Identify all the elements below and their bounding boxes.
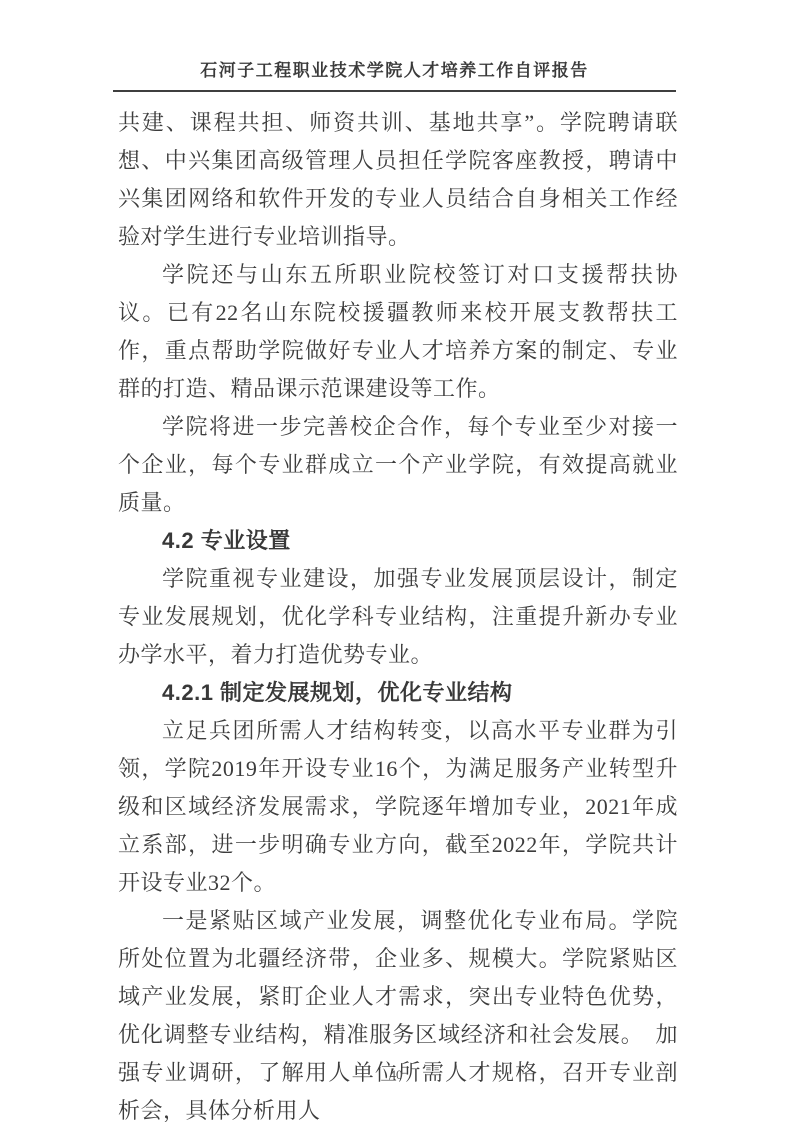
- document-content: 共建、课程共担、师资共训、基地共享”。学院聘请联想、中兴集团高级管理人员担任学院…: [118, 104, 678, 1122]
- paragraph: 一是紧贴区域产业发展，调整优化专业布局。学院所处位置为北疆经济带，企业多、规模大…: [118, 902, 678, 1122]
- section-heading-4-2: 4.2 专业设置: [118, 522, 678, 560]
- paragraph: 学院还与山东五所职业院校签订对口支援帮扶协议。已有22名山东院校援疆教师来校开展…: [118, 256, 678, 408]
- page-footer: 40: [0, 1066, 792, 1084]
- header-rule: [113, 90, 676, 92]
- header-title: 石河子工程职业技术学院人才培养工作自评报告: [113, 60, 676, 82]
- paragraph: 学院将进一步完善校企合作，每个专业至少对接一个企业，每个专业群成立一个产业学院，…: [118, 408, 678, 522]
- page-header: 石河子工程职业技术学院人才培养工作自评报告: [113, 60, 676, 92]
- paragraph-continuation: 共建、课程共担、师资共训、基地共享”。学院聘请联想、中兴集团高级管理人员担任学院…: [118, 104, 678, 256]
- paragraph: 学院重视专业建设，加强专业发展顶层设计，制定专业发展规划，优化学科专业结构，注重…: [118, 560, 678, 674]
- document-page: 石河子工程职业技术学院人才培养工作自评报告 共建、课程共担、师资共训、基地共享”…: [0, 0, 792, 1122]
- section-heading-4-2-1: 4.2.1 制定发展规划，优化专业结构: [118, 674, 678, 712]
- paragraph: 立足兵团所需人才结构转变，以高水平专业群为引领，学院2019年开设专业16个，为…: [118, 712, 678, 902]
- page-number: 40: [390, 1067, 403, 1082]
